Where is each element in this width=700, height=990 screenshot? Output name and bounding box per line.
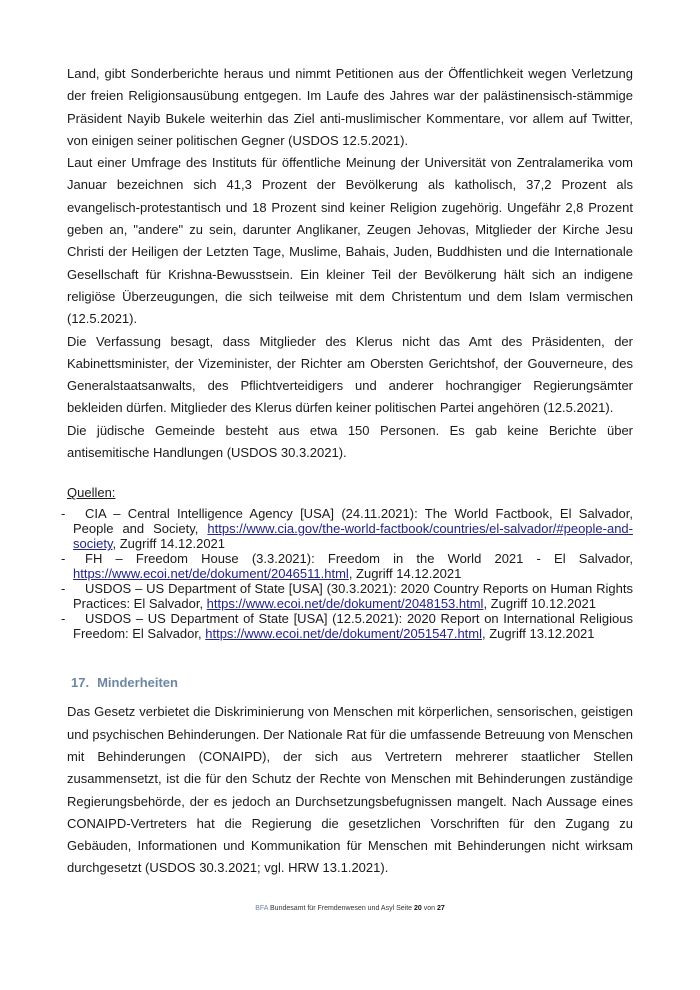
paragraph: Die Verfassung besagt, dass Mitglieder d… (67, 331, 633, 420)
source-access-date: , Zugriff 14.12.2021 (349, 566, 462, 581)
bfa-logo-text: BFA (255, 905, 268, 912)
page-footer: BFA Bundesamt für Fremdenwesen und Asyl … (0, 905, 700, 912)
sources-title: Quellen: (67, 484, 633, 502)
source-item: - CIA – Central Intelligence Agency [USA… (67, 506, 633, 551)
source-link[interactable]: https://www.ecoi.net/de/dokument/2046511… (73, 566, 349, 581)
paragraph: Laut einer Umfrage des Instituts für öff… (67, 152, 633, 330)
paragraph: Die jüdische Gemeinde besteht aus etwa 1… (67, 420, 633, 465)
document-page: Land, gibt Sonderberichte heraus und nim… (67, 63, 633, 880)
source-access-date: , Zugriff 10.12.2021 (483, 596, 596, 611)
section-body: Das Gesetz verbietet die Diskriminierung… (67, 701, 633, 879)
source-link[interactable]: https://www.ecoi.net/de/dokument/2051547… (205, 626, 482, 641)
source-item: - USDOS – US Department of State [USA] (… (67, 611, 633, 641)
section-heading: 17.Minderheiten (71, 673, 633, 693)
section-number: 17. (71, 675, 89, 690)
sources-list: - CIA – Central Intelligence Agency [USA… (67, 506, 633, 641)
source-item: - USDOS – US Department of State [USA] (… (67, 581, 633, 611)
paragraph: Land, gibt Sonderberichte heraus und nim… (67, 63, 633, 152)
bullet-dash: - (61, 506, 65, 521)
section-title: Minderheiten (97, 675, 178, 690)
footer-of: von (422, 905, 437, 912)
current-page: 20 (414, 905, 422, 912)
source-link[interactable]: https://www.ecoi.net/de/dokument/2048153… (207, 596, 484, 611)
source-access-date: , Zugriff 14.12.2021 (113, 536, 226, 551)
source-item: - FH – Freedom House (3.3.2021): Freedom… (67, 551, 633, 581)
bullet-dash: - (61, 551, 65, 566)
total-pages: 27 (437, 905, 445, 912)
source-access-date: , Zugriff 13.12.2021 (482, 626, 595, 641)
bullet-dash: - (61, 611, 65, 626)
source-text: FH – Freedom House (3.3.2021): Freedom i… (85, 551, 633, 566)
bullet-dash: - (61, 581, 65, 596)
footer-org: Bundesamt für Fremdenwesen und Asyl Seit… (268, 905, 414, 912)
